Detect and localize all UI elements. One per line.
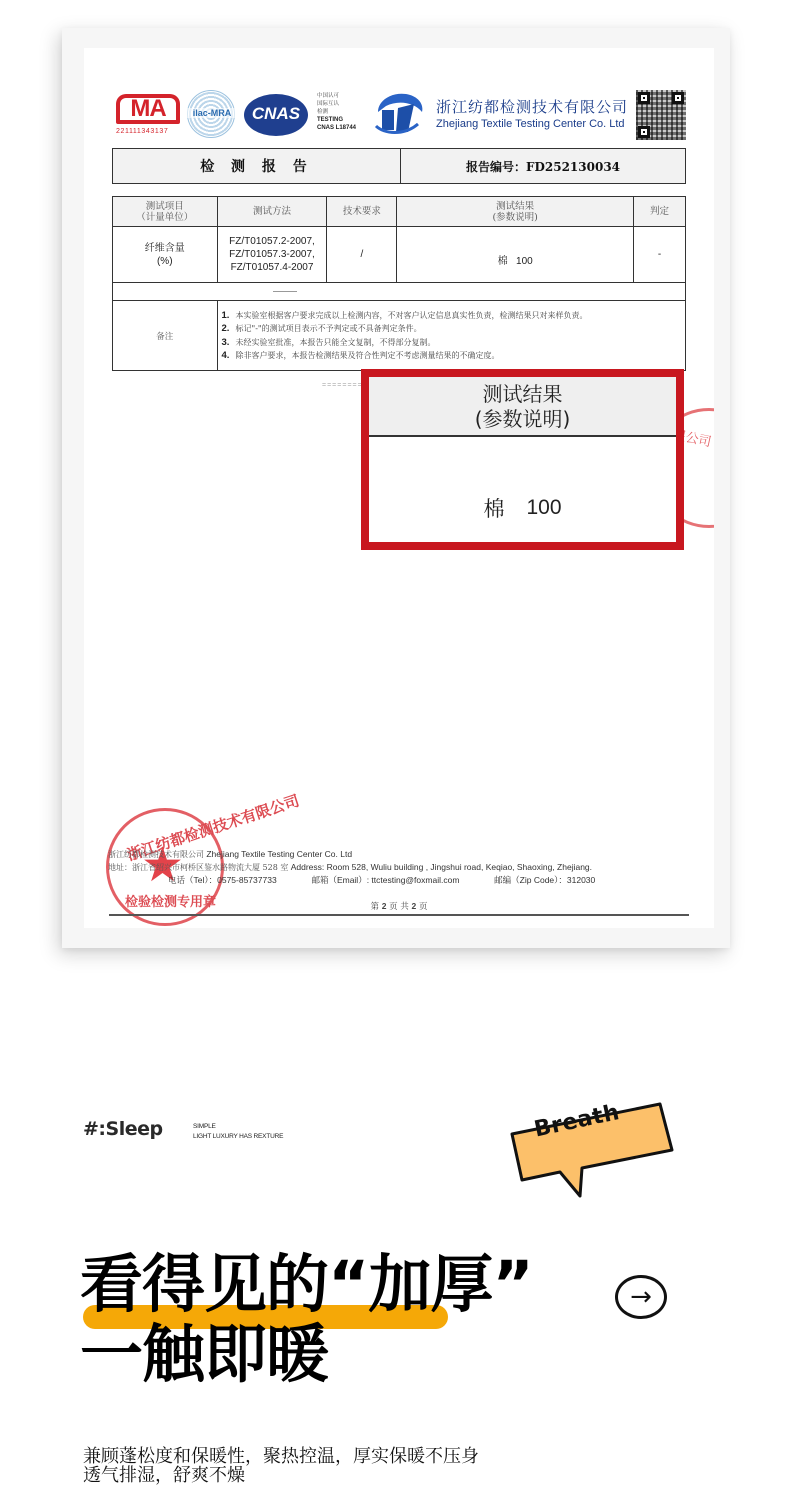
callout-material: 棉 bbox=[483, 493, 504, 523]
cell-method: FZ/T01057.2-2007, FZ/T01057.3-2007, FZ/T… bbox=[217, 227, 327, 283]
cnas-accreditation-text: 中国认可 国际互认 检测 TESTING CNAS L18744 bbox=[317, 92, 356, 132]
cnas-line: 国际互认 bbox=[317, 100, 356, 108]
note-text: 除非客户要求，本报告检测结果及符合性判定不考虑测量结果的不确定度。 bbox=[236, 351, 500, 360]
page-total: 2 bbox=[412, 901, 417, 911]
arrow-right-circle-icon: → bbox=[615, 1275, 667, 1319]
headline-line1: 看得见的“加厚” bbox=[80, 1250, 533, 1320]
cell-requirement: / bbox=[327, 227, 397, 283]
brand-subtitle: SIMPLE LIGHT LUXURY HAS REXTURE bbox=[193, 1122, 283, 1142]
note-text: 标记"-"的测试项目表示不予判定或不具备判定条件。 bbox=[236, 324, 422, 333]
cell-result: 棉 100 bbox=[397, 227, 634, 283]
footer-email: 邮箱（Email）: ttctesting@foxmail.com bbox=[311, 875, 459, 885]
note-number: 2. bbox=[222, 322, 236, 336]
callout-value: 100 bbox=[526, 496, 561, 520]
page-mid: 页 共 bbox=[389, 902, 409, 912]
cnas-line: 检测 bbox=[317, 108, 356, 116]
ilac-label: ilac-MRA bbox=[186, 108, 238, 118]
brand-subtitle-line1: SIMPLE bbox=[193, 1122, 283, 1132]
note-text: 本实验室根据客户要求完成以上检测内容，不对客户认定信息真实性负责，检测结果只对来… bbox=[236, 311, 588, 320]
table-header-row: 测试项目 （计量单位） 测试方法 技术要求 测试结果 (参数说明) 判定 bbox=[113, 197, 686, 227]
footer-company-line: 浙江纺都检测技术有限公司 Zhejiang Textile Testing Ce… bbox=[108, 848, 595, 861]
note-item: 2.标记"-"的测试项目表示不予判定或不具备判定条件。 bbox=[222, 322, 681, 336]
page-number: 第 2 页 共 2 页 bbox=[84, 900, 714, 912]
headline-line2: 一触即暖 bbox=[80, 1320, 533, 1390]
callout-body: 棉 100 bbox=[369, 437, 676, 542]
note-number: 3. bbox=[222, 336, 236, 350]
col-header-item: 测试项目 （计量单位） bbox=[113, 197, 218, 227]
footer-divider bbox=[109, 914, 689, 916]
footer-contact-line: 电话（Tel）：0575-85737733 邮箱（Email）: ttctest… bbox=[108, 874, 595, 887]
cell-verdict: - bbox=[634, 227, 686, 283]
test-result-table: 测试项目 （计量单位） 测试方法 技术要求 测试结果 (参数说明) 判定 纤维含… bbox=[112, 196, 686, 371]
col-header-verdict: 判定 bbox=[634, 197, 686, 227]
footer-address-en: Address: Room 528, Wuliu building , Jing… bbox=[288, 862, 592, 872]
cma-label: MA bbox=[116, 96, 180, 122]
footer-company-en: Zhejiang Textile Testing Center Co. Ltd bbox=[204, 849, 352, 859]
brand-tag: #:Sleep bbox=[83, 1118, 163, 1140]
table-end-mark: ======== bbox=[322, 382, 363, 389]
footer-zip: 邮编（Zip Code）：312030 bbox=[494, 875, 595, 885]
company-name-cn: 浙江纺都检测技术有限公司 bbox=[436, 96, 628, 117]
cnas-label: CNAS bbox=[244, 104, 308, 124]
table-row: 纤维含量 (%) FZ/T01057.2-2007, FZ/T01057.3-2… bbox=[113, 227, 686, 283]
description-line2: 透气排湿，舒爽不燥 bbox=[83, 1466, 479, 1485]
ilac-mra-logo: ilac-MRA bbox=[187, 90, 235, 138]
cnas-logo: CNAS bbox=[244, 94, 308, 136]
note-item: 3.未经实验室批准，本报告只能全文复制，不得部分复制。 bbox=[222, 336, 681, 350]
cnas-line: CNAS L18744 bbox=[317, 125, 356, 131]
cnas-line: 中国认可 bbox=[317, 92, 356, 100]
col-header-requirement: 技术要求 bbox=[327, 197, 397, 227]
report-footer: 浙江纺都检测技术有限公司 Zhejiang Textile Testing Ce… bbox=[108, 848, 595, 887]
page-prefix: 第 bbox=[370, 902, 379, 912]
notes-list: 1.本实验室根据客户要求完成以上检测内容，不对客户认定信息真实性负责，检测结果只… bbox=[218, 307, 685, 365]
report-number: 报告编号：FD252130034 bbox=[401, 149, 685, 183]
product-description: 兼顾蓬松度和保暖性，聚热控温，厚实保暖不压身 透气排湿，舒爽不燥 bbox=[83, 1447, 479, 1485]
note-number: 1. bbox=[222, 309, 236, 323]
report-title: 检 测 报 告 bbox=[113, 149, 401, 183]
footer-company-cn: 浙江纺都检测技术有限公司 bbox=[108, 850, 204, 859]
col-header-method: 测试方法 bbox=[217, 197, 327, 227]
notes-cell: 1.本实验室根据客户要求完成以上检测内容，不对客户认定信息真实性负责，检测结果只… bbox=[217, 301, 685, 371]
notes-row: 备注 1.本实验室根据客户要求完成以上检测内容，不对客户认定信息真实性负责，检测… bbox=[113, 301, 686, 371]
separator-dash bbox=[273, 291, 297, 292]
footer-address-cn: 地址：浙江省绍兴市柯桥区鉴水路物流大厦 528 室 bbox=[108, 863, 288, 872]
qr-code-icon bbox=[636, 90, 686, 140]
cnas-line: TESTING bbox=[317, 117, 343, 123]
brand-subtitle-line2: LIGHT LUXURY HAS REXTURE bbox=[193, 1132, 283, 1142]
col-header-result: 测试结果 (参数说明) bbox=[397, 197, 634, 227]
footer-address-line: 地址：浙江省绍兴市柯桥区鉴水路物流大厦 528 室 Address: Room … bbox=[108, 861, 595, 874]
separator-cell bbox=[113, 283, 686, 301]
note-item: 1.本实验室根据客户要求完成以上检测内容，不对客户认定信息真实性负责，检测结果只… bbox=[222, 309, 681, 323]
cell-item: 纤维含量 (%) bbox=[113, 227, 218, 283]
report-header: 检 测 报 告 报告编号：FD252130034 bbox=[112, 148, 686, 184]
test-report-card: MA 221111343137 ilac-MRA CNAS 中国认可 国际互认 … bbox=[62, 28, 730, 948]
page-suffix: 页 bbox=[419, 902, 428, 912]
note-number: 4. bbox=[222, 349, 236, 363]
note-text: 未经实验室批准，本报告只能全文复制，不得部分复制。 bbox=[236, 338, 436, 347]
callout-header-line2: (参数说明) bbox=[369, 407, 676, 432]
note-item: 4.除非客户要求，本报告检测结果及符合性判定不考虑测量结果的不确定度。 bbox=[222, 349, 681, 363]
company-name-en: Zhejiang Textile Testing Center Co. Ltd bbox=[436, 118, 625, 130]
callout-header-line1: 测试结果 bbox=[369, 382, 676, 407]
cma-number: 221111343137 bbox=[116, 128, 168, 135]
cma-logo: MA 221111343137 bbox=[116, 94, 180, 140]
page-current: 2 bbox=[382, 901, 387, 911]
company-tt-logo-icon bbox=[374, 90, 424, 136]
result-zoom-callout: 测试结果 (参数说明) 棉 100 bbox=[361, 369, 684, 550]
description-line1: 兼顾蓬松度和保暖性，聚热控温，厚实保暖不压身 bbox=[83, 1447, 479, 1466]
callout-header: 测试结果 (参数说明) bbox=[369, 377, 676, 437]
headline: 看得见的“加厚” 一触即暖 bbox=[80, 1250, 533, 1390]
notes-label: 备注 bbox=[113, 301, 218, 371]
footer-tel: 电话（Tel）：0575-85737733 bbox=[168, 875, 277, 885]
table-separator-row bbox=[113, 283, 686, 301]
